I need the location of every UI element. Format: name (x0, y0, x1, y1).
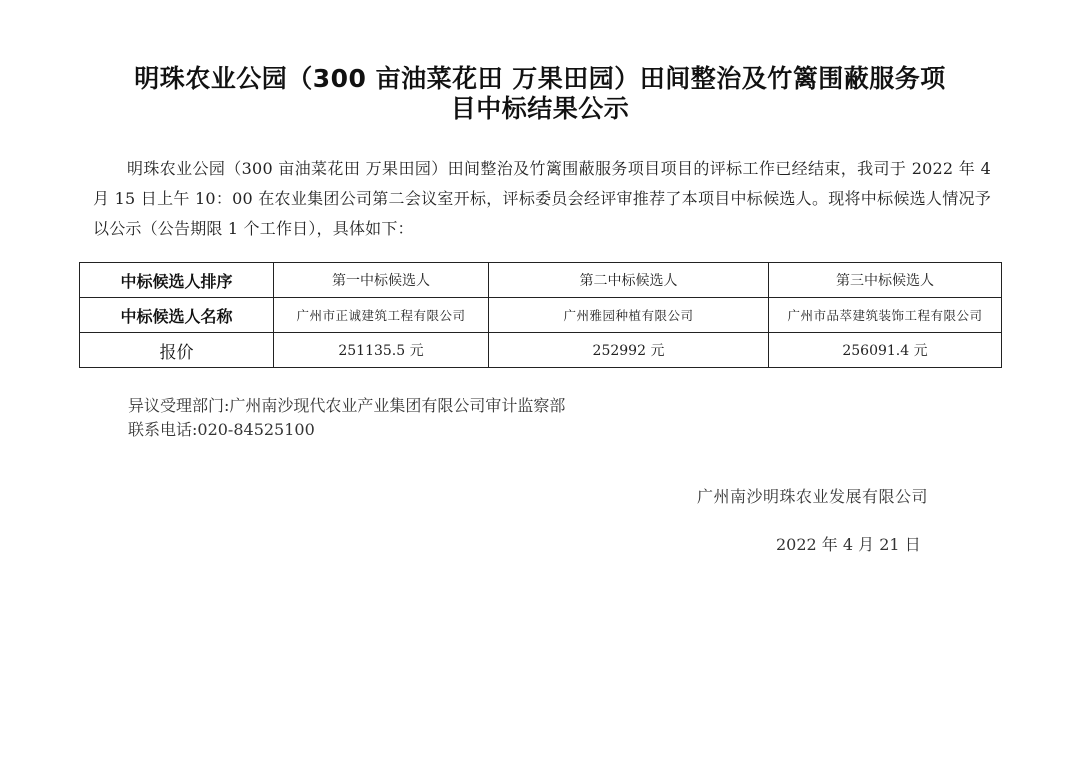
cell-rank-1: 第一中标候选人 (274, 263, 489, 298)
signature-company: 广州南沙明珠农业发展有限公司 (697, 484, 928, 507)
table-row-price: 报价 251135.5 元 252992 元 256091.4 元 (80, 333, 1002, 368)
cell-name-1: 广州市正诚建筑工程有限公司 (274, 298, 489, 333)
table-row-name: 中标候选人名称 广州市正诚建筑工程有限公司 广州雅园种植有限公司 广州市品萃建筑… (80, 298, 1002, 333)
title-line-1: 明珠农业公园（300 亩油菜花田 万果田园）田间整治及竹篱围蔽服务项 (80, 64, 1000, 94)
cell-price-1: 251135.5 元 (274, 333, 489, 368)
objection-department: 异议受理部门:广州南沙现代农业产业集团有限公司审计监察部 (128, 394, 565, 418)
signature-date: 2022 年 4 月 21 日 (776, 532, 921, 555)
cell-name-3: 广州市品萃建筑装饰工程有限公司 (769, 298, 1002, 333)
row-header-price: 报价 (80, 333, 274, 368)
row-header-name: 中标候选人名称 (80, 298, 274, 333)
cell-price-3: 256091.4 元 (769, 333, 1002, 368)
intro-paragraph: 明珠农业公园（300 亩油菜花田 万果田园）田间整治及竹篱围蔽服务项目项目的评标… (93, 154, 991, 244)
title-line-2: 目中标结果公示 (80, 94, 1000, 124)
document-title: 明珠农业公园（300 亩油菜花田 万果田园）田间整治及竹篱围蔽服务项 目中标结果… (80, 64, 1000, 124)
cell-price-2: 252992 元 (489, 333, 769, 368)
cell-rank-2: 第二中标候选人 (489, 263, 769, 298)
cell-name-2: 广州雅园种植有限公司 (489, 298, 769, 333)
cell-rank-3: 第三中标候选人 (769, 263, 1002, 298)
table-row-rank: 中标候选人排序 第一中标候选人 第二中标候选人 第三中标候选人 (80, 263, 1002, 298)
bid-result-table: 中标候选人排序 第一中标候选人 第二中标候选人 第三中标候选人 中标候选人名称 … (79, 262, 1002, 368)
row-header-rank: 中标候选人排序 (80, 263, 274, 298)
contact-info: 异议受理部门:广州南沙现代农业产业集团有限公司审计监察部 联系电话:020-84… (128, 394, 565, 442)
contact-phone: 联系电话:020-84525100 (128, 418, 565, 442)
